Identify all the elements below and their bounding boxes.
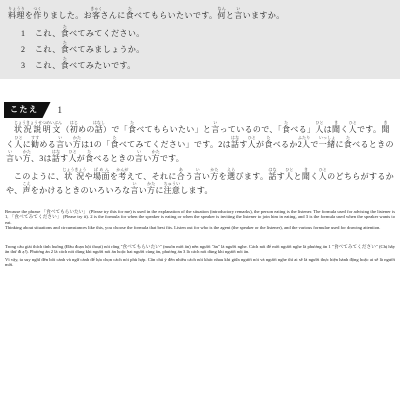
ja-paragraph-2: このように、状況じょうきょうや場面ばめんを考かんがえて、それに合あう言いい方かた… [6, 167, 394, 199]
textbook-page: 料理りょうりを作つくりました。お客きゃくさんに食たべてもらいたいです。何なんと言… [0, 0, 400, 400]
en-paragraph-2: Thinking about situations and circumstan… [5, 225, 395, 231]
options-list: 1 これ、食たべてみてください。 2 これ、食たべてみましょうか。 3 これ、食… [8, 24, 392, 72]
question-prompt: 料理りょうりを作つくりました。お客きゃくさんに食たべてもらいたいです。何なんと言… [8, 6, 392, 23]
vi-paragraph-2: Vì vậy, ta suy nghĩ đến bối cảnh và ngữ … [5, 257, 395, 268]
question-box: 料理りょうりを作つくりました。お客きゃくさんに食たべてもらいたいです。何なんと言… [0, 0, 400, 79]
option-3-text: これ、食たべてみたいです。 [35, 56, 136, 74]
explanation-japanese: 状況説明文じょうきょうせつめいぶん（初はじめの話はなし）で「食たべてもらいたい」… [6, 120, 394, 199]
answer-value: 1 [58, 105, 63, 115]
option-3-number: 3 [21, 58, 25, 74]
option-1-number: 1 [21, 26, 25, 42]
explanation-vietnamese: Trong câu giải thích tình huống (Đầu đoạ… [5, 244, 395, 268]
option-3: 3 これ、食たべてみたいです。 [8, 56, 392, 72]
option-2: 2 これ、食たべてみましょうか。 [8, 40, 392, 56]
option-2-number: 2 [21, 42, 25, 58]
explanation-english: Because the phrase 「食べてもらいたい」 (Please tr… [5, 209, 395, 231]
option-1: 1 これ、食たべてみてください。 [8, 24, 392, 40]
vi-paragraph-1: Trong câu giải thích tình huống (Đầu đoạ… [5, 244, 395, 255]
answer-row: こたえ 1 [4, 102, 400, 118]
answer-badge: こたえ [4, 102, 51, 118]
en-paragraph-1: Because the phrase 「食べてもらいたい」 (Please tr… [5, 209, 395, 226]
ja-paragraph-1: 状況説明文じょうきょうせつめいぶん（初はじめの話はなし）で「食たべてもらいたい」… [6, 120, 394, 167]
